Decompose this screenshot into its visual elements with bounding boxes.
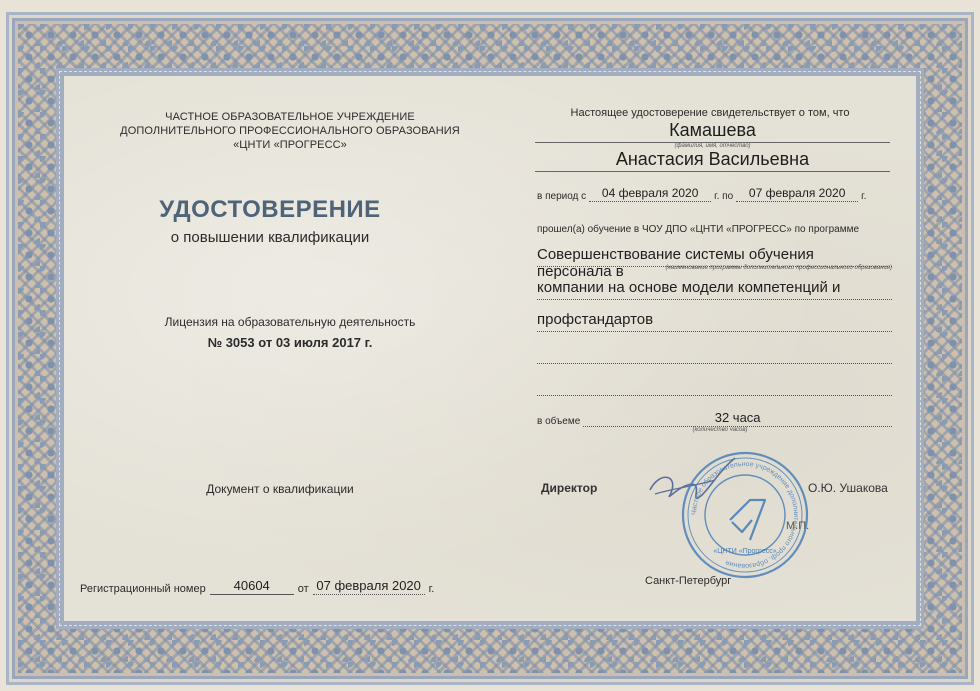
period-date-to: 07 февраля 2020 [736,186,858,202]
period-to-label: г. по [714,191,733,202]
trained-text: прошел(а) обучение в ЧОУ ДПО «ЦНТИ «ПРОГ… [537,224,859,235]
volume-label: в объеме [537,416,580,427]
period-suffix: г. [861,191,866,202]
organization-name: ЧАСТНОЕ ОБРАЗОВАТЕЛЬНОЕ УЧРЕЖДЕНИЕ ДОПОЛ… [80,110,500,152]
progress-logo-icon [730,500,765,540]
period-from-label: в период с [537,191,586,202]
registration-number: 40604 [210,578,294,595]
registration-from-label: от [298,583,309,595]
hours-hint: (количество часов) [650,427,790,433]
org-line: «ЦНТИ «ПРОГРЕСС» [80,138,500,152]
period-date-from: 04 февраля 2020 [589,186,711,202]
program-line: компании на основе модели компетенций и [537,279,892,300]
license-label: Лицензия на образовательную деятельность [80,315,500,329]
director-label: Директор [541,481,597,495]
svg-text:«ЦНТИ «Прогресс»: «ЦНТИ «Прогресс» [713,548,776,555]
director-name: О.Ю. Ушакова [808,481,888,495]
registration-year-suffix: г. [429,583,435,595]
registration-row: Регистрационный номер 40604 от 07 феврал… [80,578,434,595]
license-number: № 3053 от 03 июля 2017 г. [80,335,500,350]
program-line: Совершенствование системы обучения персо… [537,246,892,267]
program-line [537,375,892,396]
program-hint: (наименование программы дополнительного … [537,265,892,271]
registration-date: 07 февраля 2020 [313,578,425,595]
org-line: ЧАСТНОЕ ОБРАЗОВАТЕЛЬНОЕ УЧРЕЖДЕНИЕ [80,110,500,124]
given-names: Анастасия Васильевна [535,149,890,172]
certificate-sheet: ЧАСТНОЕ ОБРАЗОВАТЕЛЬНОЕ УЧРЕЖДЕНИЕ ДОПОЛ… [0,0,980,691]
volume-value: 32 часа [583,410,892,427]
org-line: ДОПОЛНИТЕЛЬНОГО ПРОФЕССИОНАЛЬНОГО ОБРАЗО… [80,124,500,138]
document-title: УДОСТОВЕРЕНИЕ [80,196,460,224]
official-stamp-icon: Частное образовательное учреждение допол… [680,450,810,580]
document-subtitle: о повышении квалификации [80,229,460,246]
program-line: профстандартов [537,311,892,332]
volume-row: в объеме 32 часа [537,410,892,427]
seal-label: М.П. [786,520,809,532]
registration-label: Регистрационный номер [80,583,206,595]
program-line [537,343,892,364]
qualification-doc-label: Документ о квалификации [80,482,480,496]
surname: Камашева [535,120,890,143]
intro-text: Настоящее удостоверение свидетельствует … [540,107,880,119]
city: Санкт-Петербург [645,575,731,587]
period-row: в период с 04 февраля 2020 г. по 07 февр… [537,186,866,202]
